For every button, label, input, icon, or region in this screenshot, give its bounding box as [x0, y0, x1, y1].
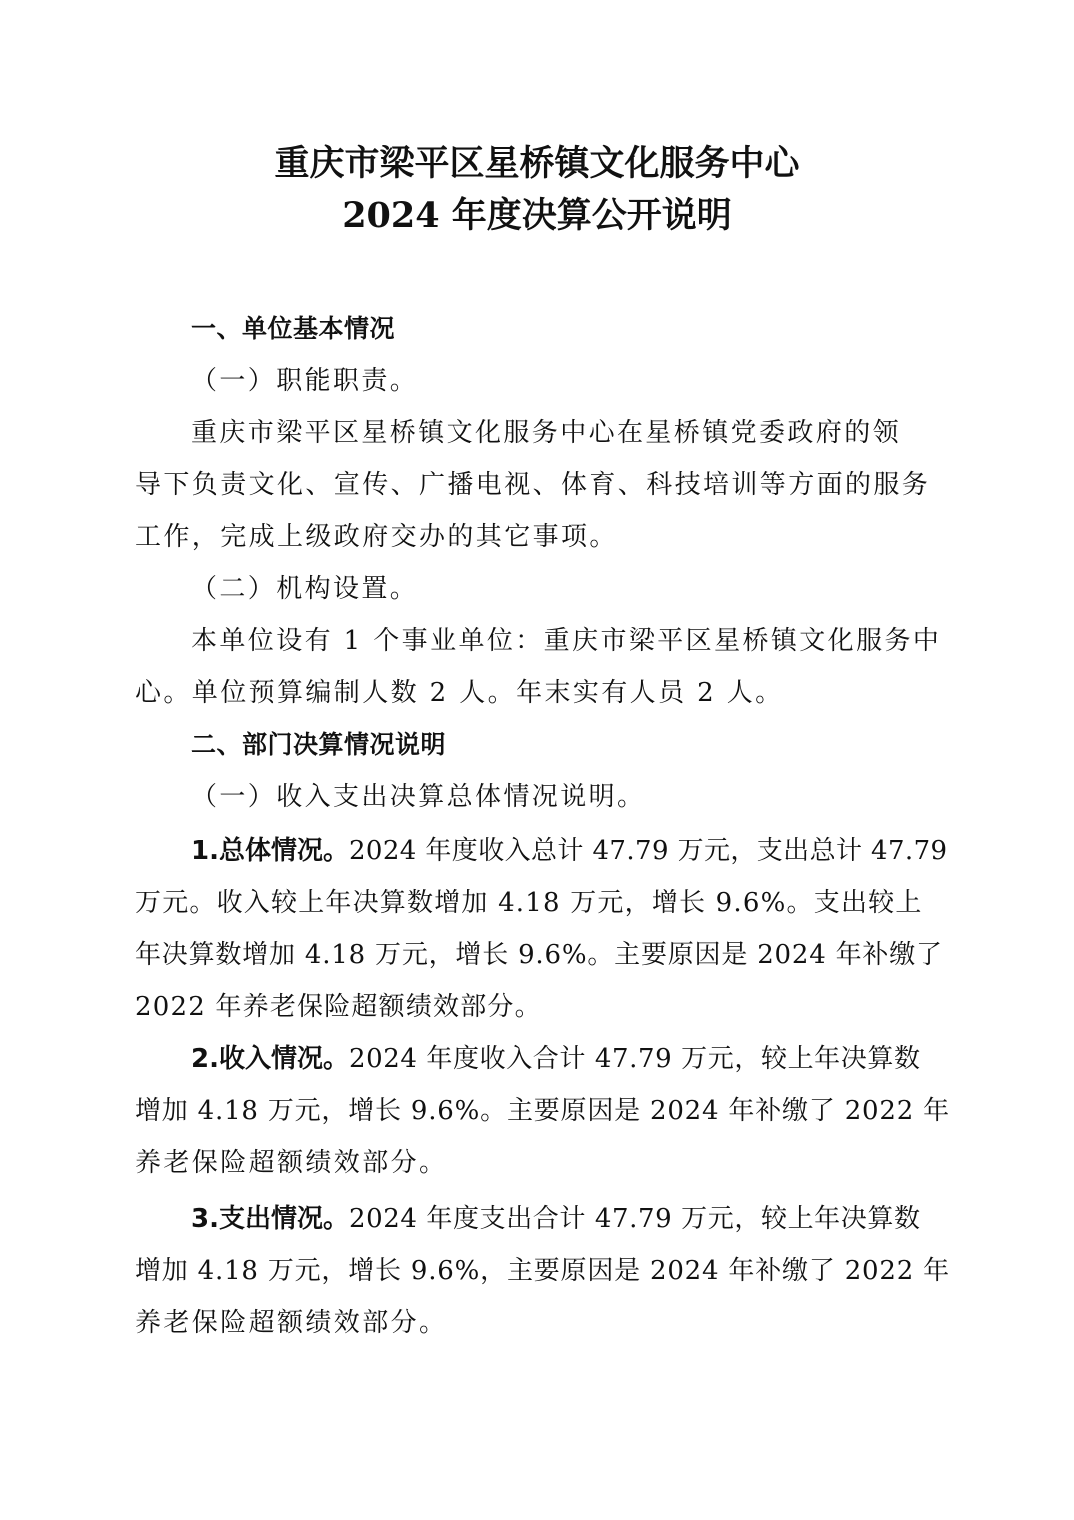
paragraph-line: 养老保险超额绩效部分。	[135, 1150, 447, 1176]
item-overall-first-line: 1.总体情况。2024 年度收入总计 47.79 万元，支出总计 47.79	[191, 838, 947, 864]
subsection-heading-organization: （二）机构设置。	[191, 576, 418, 602]
item-lead-overall: 1.总体情况。	[191, 836, 349, 866]
item-income-first-line: 2.收入情况。2024 年度收入合计 47.79 万元，较上年决算数	[191, 1046, 921, 1072]
paragraph-line: 养老保险超额绩效部分。	[135, 1310, 447, 1336]
item-expenditure-first-line: 3.支出情况。2024 年度支出合计 47.79 万元，较上年决算数	[191, 1206, 921, 1232]
paragraph-line: 万元。收入较上年决算数增加 4.18 万元，增长 9.6%。支出较上	[135, 890, 923, 916]
item-text: 2024 年度支出合计 47.79 万元，较上年决算数	[349, 1204, 921, 1234]
paragraph-line: 重庆市梁平区星桥镇文化服务中心在星桥镇党委政府的领	[191, 420, 901, 446]
paragraph-line: 增加 4.18 万元，增长 9.6%，主要原因是 2024 年补缴了 2022 …	[135, 1258, 950, 1284]
item-text: 2024 年度收入总计 47.79 万元，支出总计 47.79	[349, 836, 948, 866]
section-heading-final-accounts: 二、部门决算情况说明	[191, 732, 446, 757]
subsection-heading-functions: （一）职能职责。	[191, 368, 418, 394]
paragraph-line: 心。单位预算编制人数 2 人。年末实有人员 2 人。	[135, 680, 784, 706]
document-title-line-1: 重庆市梁平区星桥镇文化服务中心	[0, 146, 1074, 181]
document-page: 重庆市梁平区星桥镇文化服务中心 2024 年度决算公开说明 一、单位基本情况 （…	[0, 0, 1074, 1520]
paragraph-line: 导下负责文化、宣传、广播电视、体育、科技培训等方面的服务	[135, 472, 930, 498]
paragraph-line: 工作，完成上级政府交办的其它事项。	[135, 524, 618, 550]
paragraph-line: 本单位设有 1 个事业单位：重庆市梁平区星桥镇文化服务中	[191, 628, 941, 654]
paragraph-line: 增加 4.18 万元，增长 9.6%。主要原因是 2024 年补缴了 2022 …	[135, 1098, 950, 1124]
paragraph-line: 2022 年养老保险超额绩效部分。	[135, 994, 542, 1020]
subsection-heading-overall: （一）收入支出决算总体情况说明。	[191, 784, 645, 810]
item-text: 2024 年度收入合计 47.79 万元，较上年决算数	[349, 1044, 921, 1074]
item-lead-expenditure: 3.支出情况。	[191, 1204, 349, 1234]
document-title-line-2: 2024 年度决算公开说明	[0, 198, 1074, 233]
paragraph-line: 年决算数增加 4.18 万元，增长 9.6%。主要原因是 2024 年补缴了	[135, 942, 943, 968]
item-lead-income: 2.收入情况。	[191, 1044, 349, 1074]
section-heading-basic-info: 一、单位基本情况	[191, 316, 395, 341]
